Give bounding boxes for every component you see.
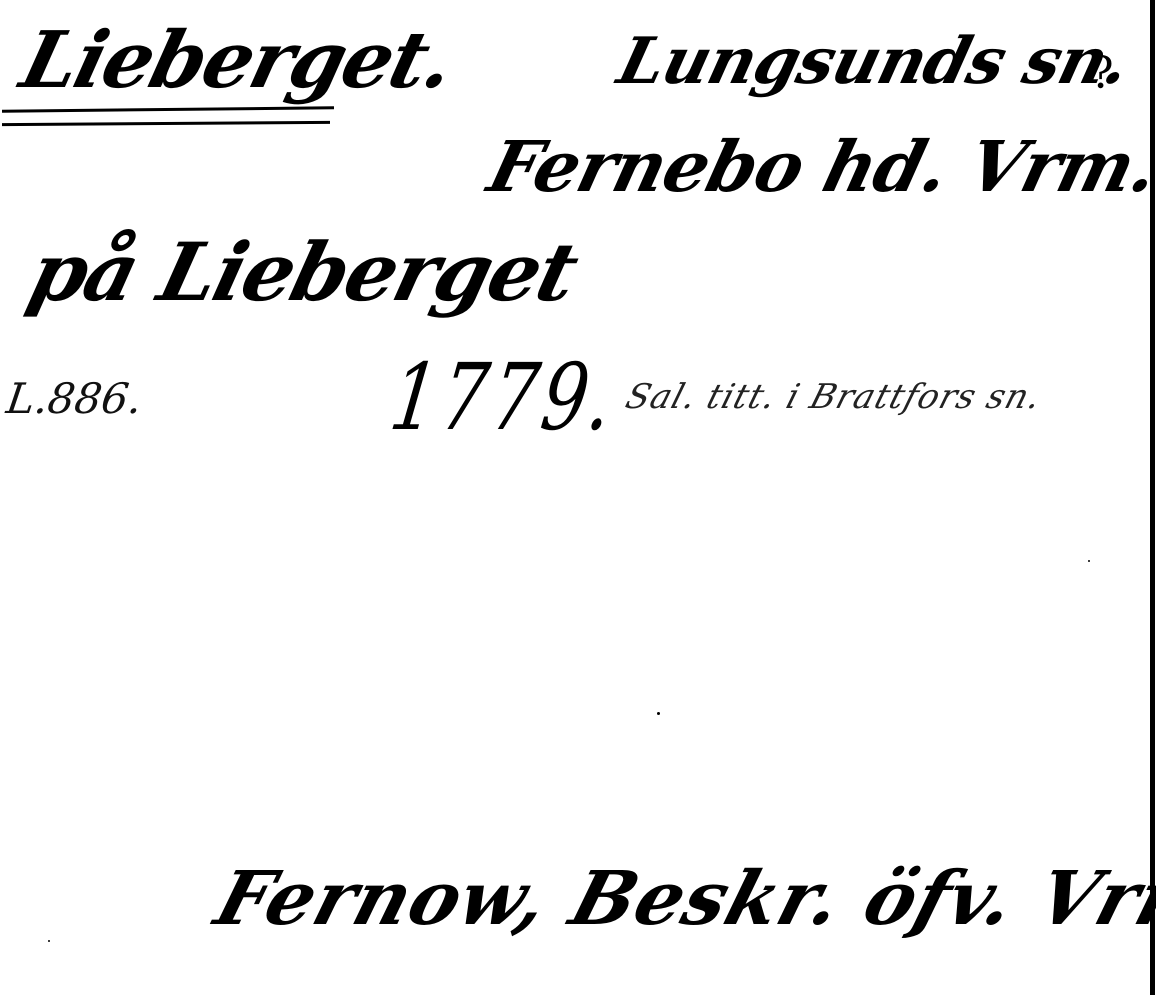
ink-speck bbox=[48, 940, 50, 942]
parish-name: Lungsunds sn. bbox=[612, 30, 1135, 94]
place-phrase: på Lieberget bbox=[22, 232, 584, 312]
title-underline-bottom bbox=[2, 121, 330, 126]
card-edge-border bbox=[1150, 0, 1155, 995]
margin-note: Sal. titt. i Brattfors sn. bbox=[622, 380, 1046, 414]
ink-speck bbox=[1088, 560, 1090, 562]
title-underline-top bbox=[2, 106, 334, 112]
ink-speck bbox=[657, 712, 660, 715]
reference-number: L.886. bbox=[4, 378, 145, 420]
district-name: Fernebo hd. Vrm. bbox=[482, 132, 1156, 202]
year: 1779. bbox=[378, 352, 633, 444]
archive-card: Lieberget. Lungsunds sn. ? Fernebo hd. V… bbox=[0, 0, 1156, 995]
source-citation: Fernow, Beskr. öfv. Vrm. bbox=[208, 862, 1156, 936]
card-title: Lieberget. bbox=[14, 22, 460, 100]
parish-query-mark: ? bbox=[1090, 52, 1114, 96]
